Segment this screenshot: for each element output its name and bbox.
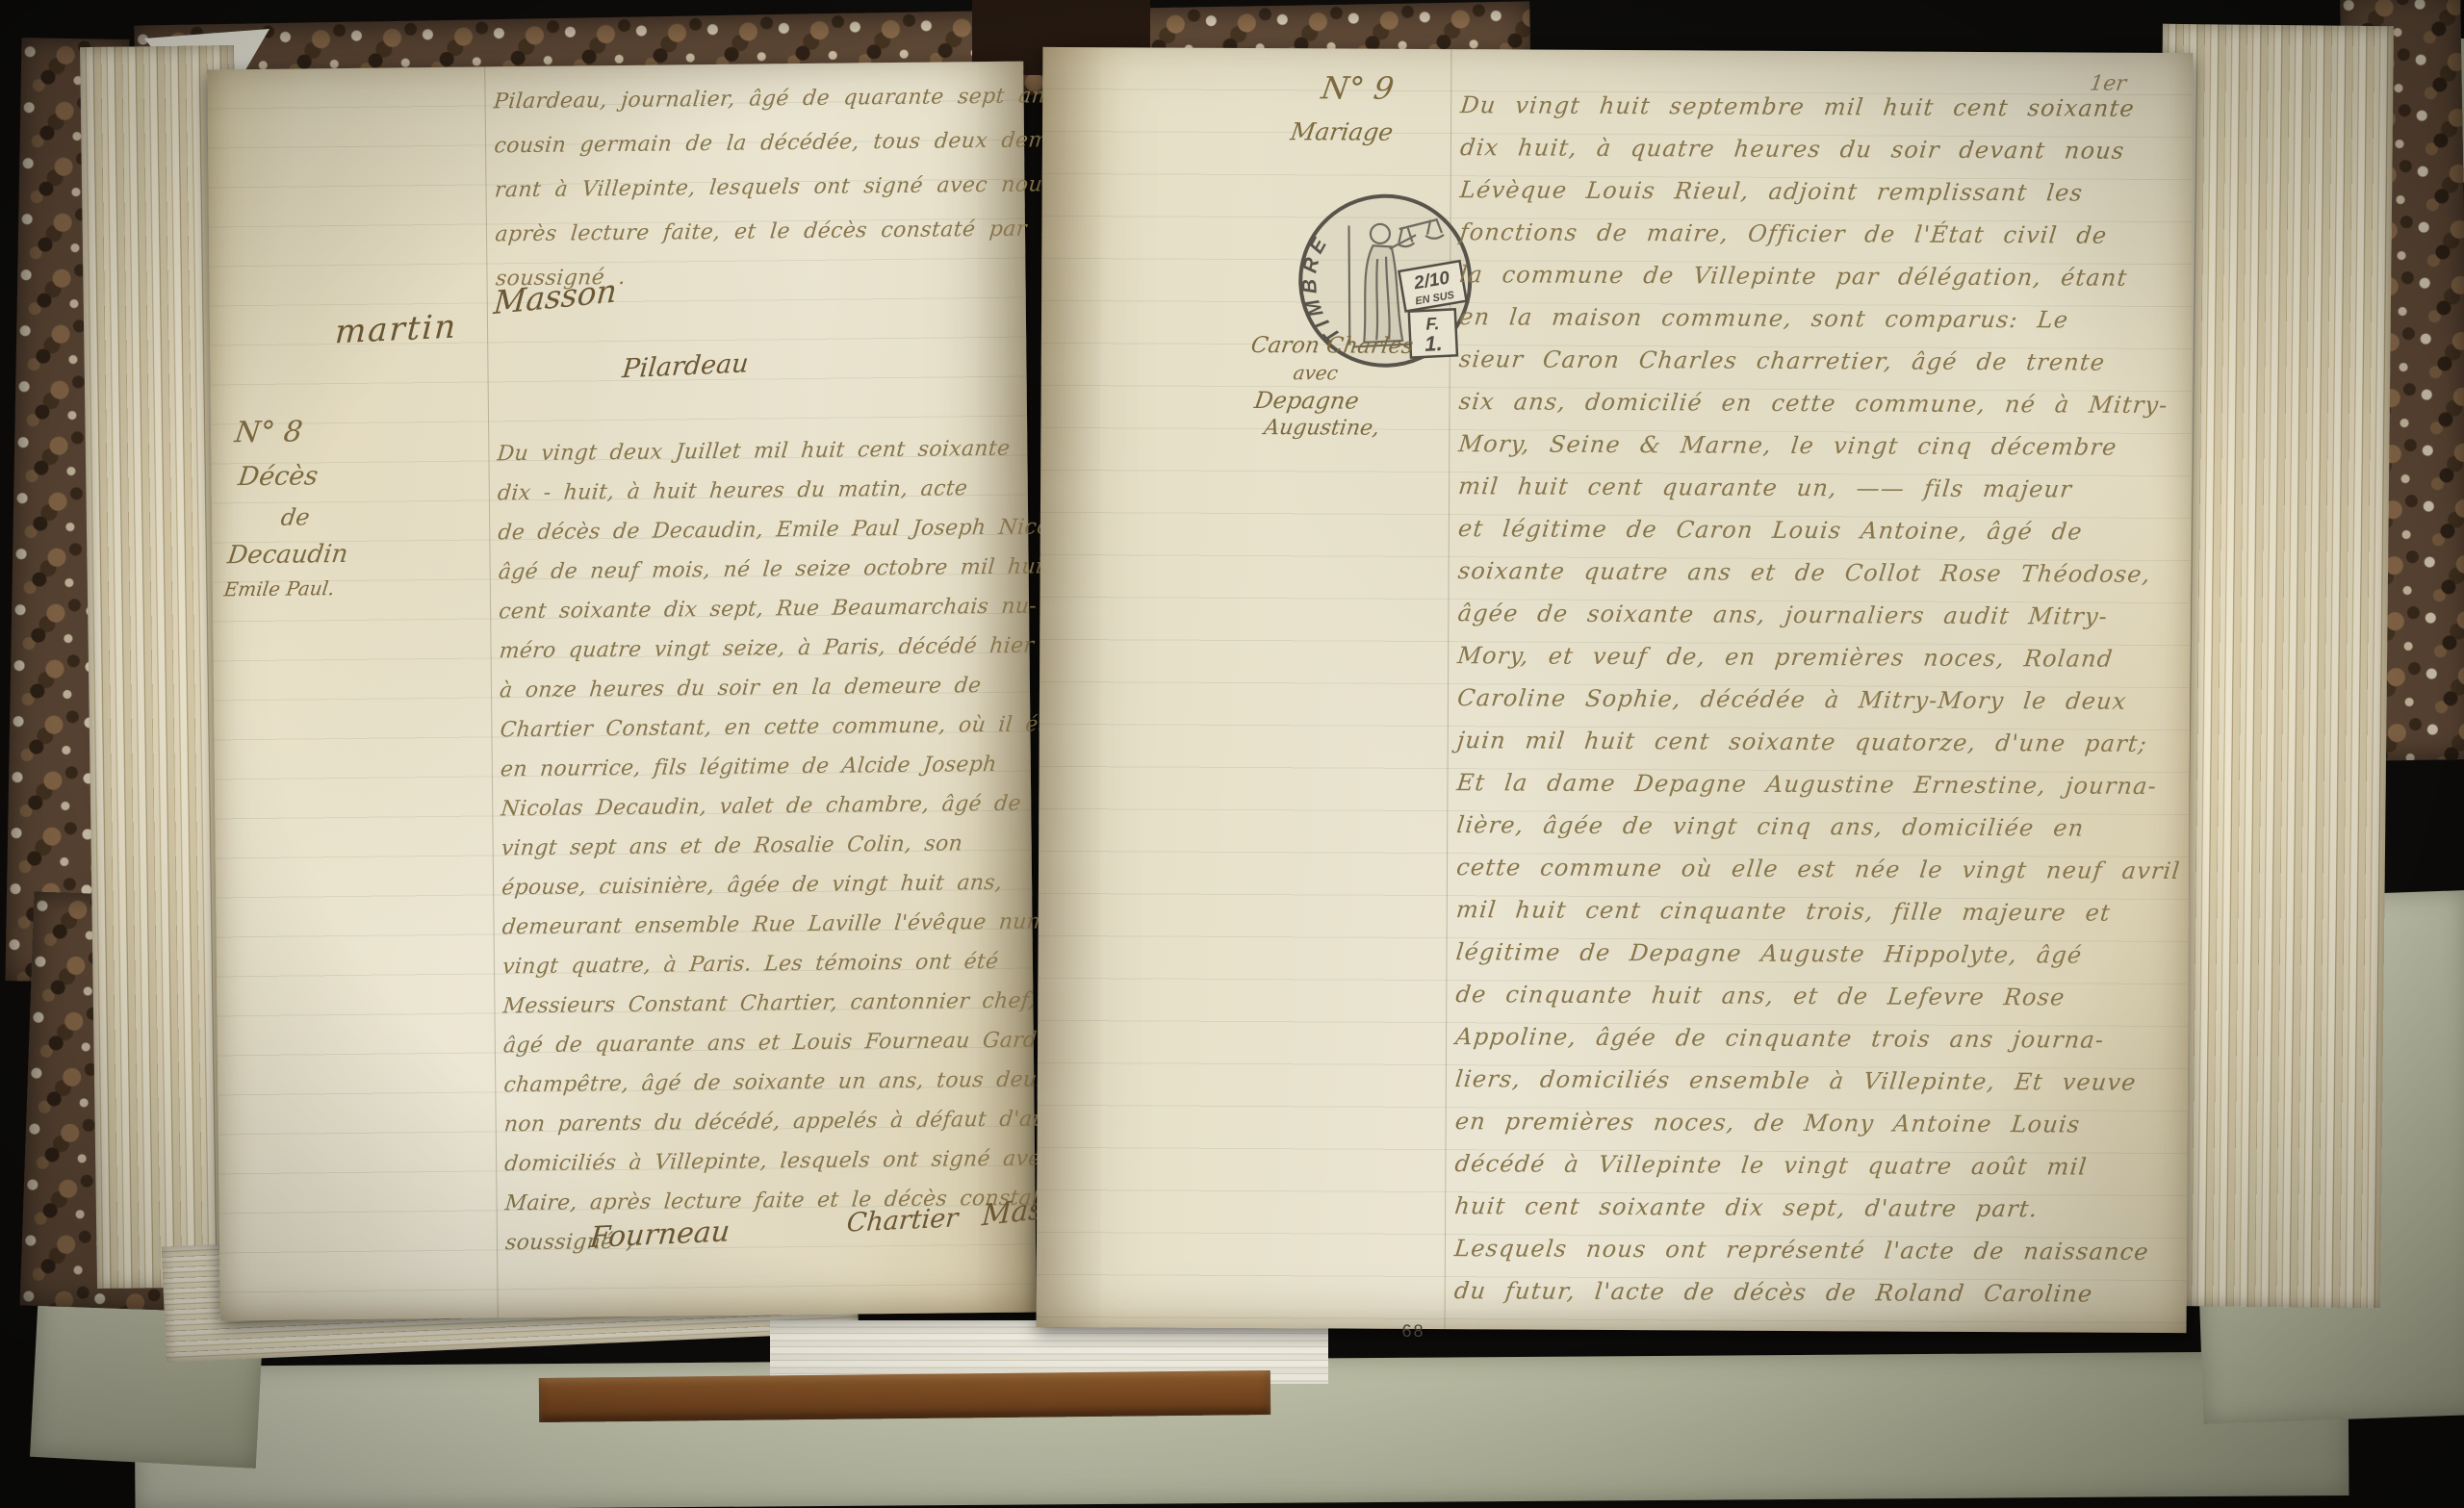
record-8-margin-name: Decaudin bbox=[226, 540, 350, 570]
text-line: cette commune où elle est née le vingt n… bbox=[1454, 846, 2183, 892]
text-line: et légitime de Caron Louis Antoine, âgé … bbox=[1456, 507, 2185, 553]
text-line: décédé à Villepinte le vingt quatre août… bbox=[1452, 1142, 2181, 1189]
text-line: cent soixante dix sept, Rue Beaumarchais… bbox=[497, 587, 1028, 632]
text-line: vingt sept ans et de Rosalie Colin, son bbox=[500, 824, 1031, 869]
text-line: lière, âgée de vingt cinq ans, domicilié… bbox=[1454, 804, 2183, 850]
text-line: du futur, l'acte de décès de Roland Caro… bbox=[1452, 1269, 2181, 1316]
left-page: Pilardeau, journalier, âgé de quarante s… bbox=[207, 62, 1037, 1321]
text-line: de décès de Decaudin, Emile Paul Joseph … bbox=[496, 508, 1027, 553]
text-line: en nourrice, fils légitime de Alcide Jos… bbox=[499, 745, 1030, 790]
text-line: Mory, Seine & Marne, le vingt cinq décem… bbox=[1456, 422, 2185, 469]
text-line: Chartier Constant, en cette commune, où … bbox=[499, 705, 1030, 751]
text-line: fonctions de maire, Officier de l'État c… bbox=[1457, 211, 2186, 257]
text-line: légitime de Depagne Auguste Hippolyte, â… bbox=[1453, 931, 2182, 977]
text-line: juin mil huit cent soixante quatorze, d'… bbox=[1455, 719, 2184, 765]
record-9-number: N° 9 bbox=[1320, 69, 1397, 106]
text-line: après lecture faite, et le décès constat… bbox=[493, 208, 1024, 258]
page-number: 68 bbox=[1401, 1321, 1424, 1342]
record-8-text: Du vingt deux Juillet mil huit cent soix… bbox=[495, 429, 1031, 1264]
text-line: en la maison commune, sont comparus: Le bbox=[1457, 295, 2186, 342]
record-7-text: Pilardeau, journalier, âgé de quarante s… bbox=[491, 75, 1020, 302]
record-8-margin-firstnames: Emile Paul. bbox=[222, 576, 336, 601]
text-line: dix huit, à quatre heures du soir devant… bbox=[1458, 126, 2187, 172]
text-line: Mory, et veuf de, en premières noces, Ro… bbox=[1455, 634, 2184, 680]
right-page: 1er N° 9 Mariage TIMBRE bbox=[1037, 47, 2194, 1333]
text-line: champêtre, âgé de soixante un ans, tous … bbox=[501, 1061, 1033, 1106]
text-line: de cinquante huit ans, et de Lefevre Ros… bbox=[1453, 973, 2182, 1019]
signature-martin: martin bbox=[334, 307, 458, 351]
record-9-party-avec: avec bbox=[1292, 361, 1340, 384]
text-line: liers, domiciliés ensemble à Villepinte,… bbox=[1453, 1058, 2182, 1104]
record-8-margin-deces: Décès bbox=[237, 461, 321, 492]
stamp-franc-value: 1. bbox=[1424, 331, 1444, 356]
record-9-text: Du vingt huit septembre mil huit cent so… bbox=[1452, 84, 2183, 1316]
text-line: âgée de soixante ans, journaliers audit … bbox=[1455, 592, 2184, 638]
text-line: huit cent soixante dix sept, d'autre par… bbox=[1452, 1185, 2181, 1231]
text-line: Du vingt huit septembre mil huit cent so… bbox=[1458, 84, 2187, 130]
text-line: en premières noces, de Mony Antoine Loui… bbox=[1453, 1100, 2182, 1146]
text-line: demeurant ensemble Rue Laville l'évêque … bbox=[500, 903, 1032, 948]
text-line: Et la dame Depagne Augustine Ernestine, … bbox=[1454, 761, 2183, 807]
text-line: à onze heures du soir en la demeure de bbox=[498, 666, 1029, 711]
record-8-number: N° 8 bbox=[233, 415, 304, 449]
text-line: vingt quatre, à Paris. Les témoins ont é… bbox=[500, 942, 1032, 987]
text-line: sieur Caron Charles charretier, âgé de t… bbox=[1457, 338, 2186, 384]
text-line: mil huit cent quarante un, —— fils majeu… bbox=[1456, 465, 2185, 511]
text-line: Appoline, âgée de cinquante trois ans jo… bbox=[1453, 1015, 2182, 1061]
record-9-party-bride-surname: Depagne bbox=[1253, 387, 1361, 415]
record-9-party-bride-firstname: Augustine, bbox=[1263, 416, 1381, 441]
text-line: Lesquels nous ont représenté l'acte de n… bbox=[1452, 1227, 2181, 1273]
text-line: Pilardeau, journalier, âgé de quarante s… bbox=[492, 75, 1023, 125]
text-line: Caroline Sophie, décédée à Mitry-Mory le… bbox=[1455, 677, 2184, 723]
text-line: non parents du décédé, appelés à défaut … bbox=[502, 1100, 1034, 1145]
text-line: six ans, domicilié en cette commune, né … bbox=[1456, 380, 2185, 426]
stamp-surcharge-box: 2/10 EN SUS bbox=[1399, 261, 1466, 311]
text-line: rant à Villepinte, lesquels ont signé av… bbox=[493, 164, 1024, 214]
registry-book-photo: Pilardeau, journalier, âgé de quarante s… bbox=[0, 0, 2464, 1508]
text-line: Nicolas Decaudin, valet de chambre, âgé … bbox=[499, 784, 1030, 830]
text-line: cousin germain de la décédée, tous deux … bbox=[492, 119, 1023, 169]
text-line: Du vingt deux Juillet mil huit cent soix… bbox=[496, 429, 1027, 474]
stamp-value-box: F. 1. bbox=[1409, 309, 1457, 357]
text-line: Lévèque Louis Rieul, adjoint remplissant… bbox=[1458, 168, 2187, 215]
text-line: âgé de neuf mois, né le seize octobre mi… bbox=[497, 548, 1028, 593]
text-line: soixante quatre ans et de Collot Rose Th… bbox=[1456, 550, 2185, 596]
text-line: âgé de quarante ans et Louis Fourneau Ga… bbox=[501, 1021, 1033, 1066]
spine-binding-bottom bbox=[539, 1370, 1270, 1422]
record-8-margin-de: de bbox=[279, 503, 311, 530]
text-line: épouse, cuisinière, âgée de vingt huit a… bbox=[500, 863, 1031, 908]
signature-pilardeau: Pilardeau bbox=[621, 348, 750, 384]
text-line: méro quatre vingt seize, à Paris, décédé… bbox=[498, 626, 1029, 672]
text-line: dix - huit, à huit heures du matin, acte bbox=[496, 469, 1027, 514]
record-9-party-groom: Caron Charles bbox=[1249, 333, 1415, 359]
text-line: domiciliés à Villepinte, lesquels ont si… bbox=[502, 1139, 1034, 1185]
record-9-margin-mariage: Mariage bbox=[1289, 117, 1395, 146]
text-line: mil huit cent cinquante trois, fille maj… bbox=[1454, 888, 2183, 934]
signature-fourneau: Fourneau bbox=[588, 1214, 731, 1255]
signature-chartier: Chartier bbox=[845, 1203, 959, 1238]
text-line: la commune de Villepinte par délégation,… bbox=[1457, 253, 2186, 299]
text-line: Messieurs Constant Chartier, cantonnier … bbox=[501, 982, 1033, 1027]
